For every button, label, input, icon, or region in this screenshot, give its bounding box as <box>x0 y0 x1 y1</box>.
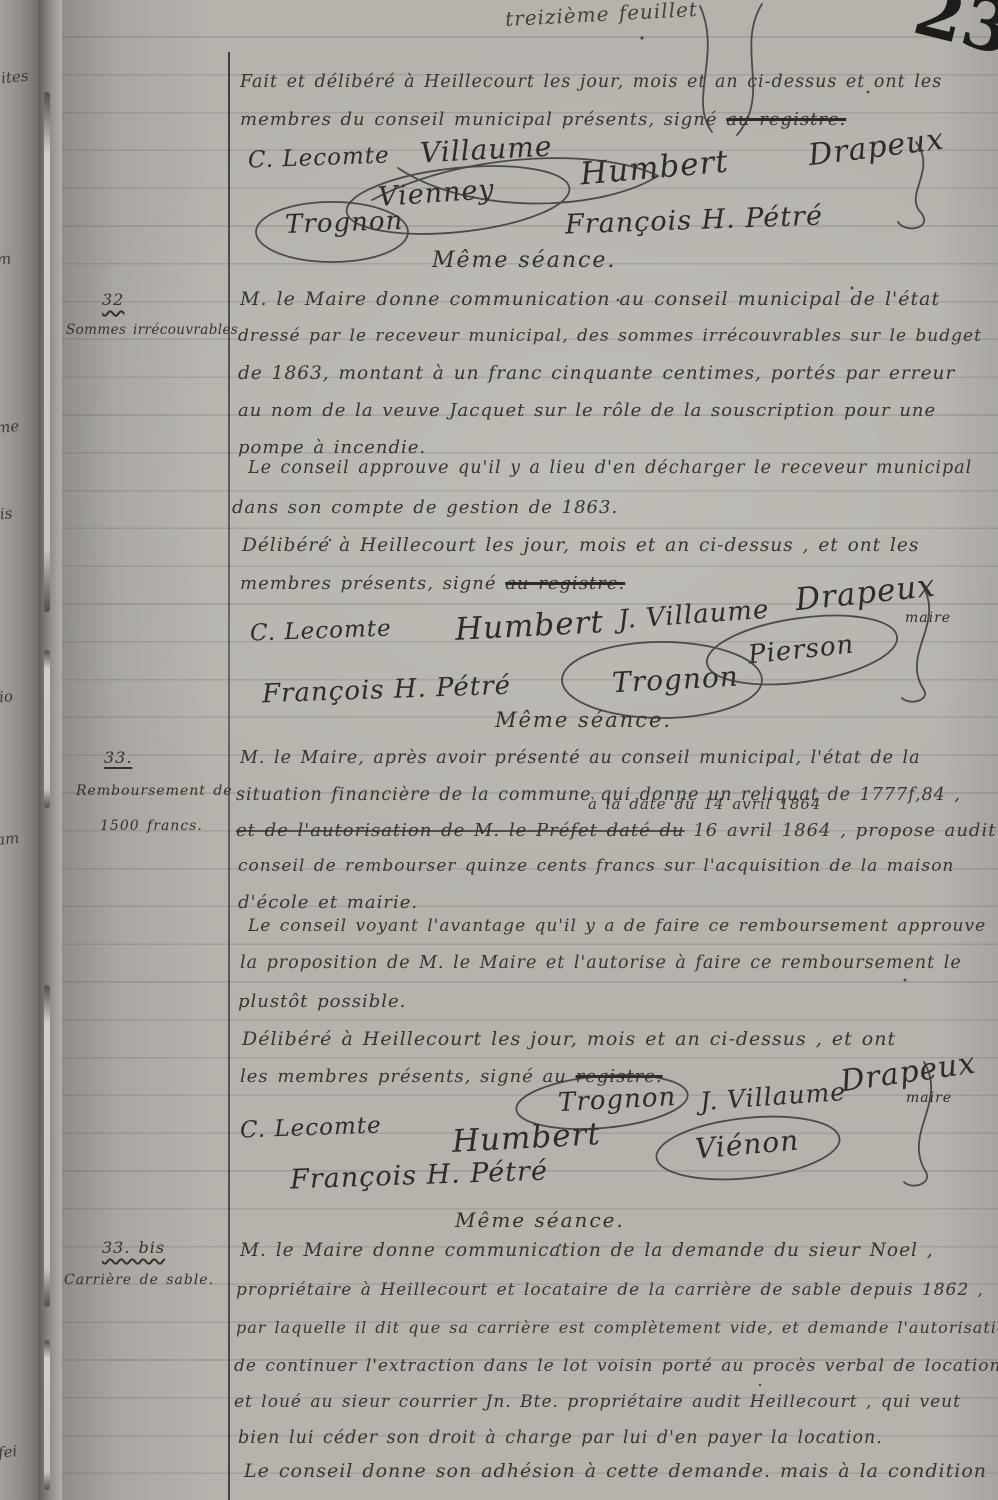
text-line: membres présents, signé au registre. <box>240 573 625 594</box>
text-line: dressé par le receveur municipal, des so… <box>238 326 982 346</box>
text-line: et de l'autorisation de M. le Préfet dat… <box>236 820 996 841</box>
margin-subject-label: Remboursement de <box>76 783 233 799</box>
text-line: pompe à incendie. <box>238 437 426 458</box>
text-run: daté du <box>607 820 685 841</box>
text-line: M. le Maire donne communication de la de… <box>240 1240 934 1261</box>
struck-text: au registre. <box>726 109 846 130</box>
text-line: dans son compte de gestion de 1863. <box>232 497 618 518</box>
margin-item-number: 33. <box>104 748 132 767</box>
signature-trognon: Trognon <box>285 206 404 240</box>
text-line: de continuer l'extraction dans le lot vo… <box>234 1356 998 1376</box>
struck-text: au registre. <box>505 573 625 594</box>
same-session-heading: Même séance. <box>495 708 672 732</box>
signature-lecomte: C. Lecomte <box>248 143 391 174</box>
text-line: Délibéré à Heillecourt les jour, mois et… <box>242 535 919 556</box>
text-line: d'école et mairie. <box>238 892 418 913</box>
text-run: 16 avril 1864 , propose audit <box>685 820 997 841</box>
signature-trognon: Trognon <box>557 1082 677 1118</box>
text-line: de 1863, montant à un franc cinquante ce… <box>238 363 955 384</box>
stitch-thread <box>44 1340 50 1490</box>
page-edge-text-fragment: m <box>0 249 12 268</box>
page-edge-text-fragment: tio <box>0 687 14 707</box>
text-line: et loué au sieur courrier Jn. Bte. propr… <box>234 1392 961 1412</box>
stitch-thread <box>44 985 50 1307</box>
text-line: conseil de rembourser quinze cents franc… <box>238 856 954 876</box>
text-line: les membres présents, signé au registre. <box>240 1066 663 1087</box>
text-line: Le conseil approuve qu'il y a lieu d'en … <box>248 458 972 478</box>
signature-lecomte: C. Lecomte <box>250 616 393 647</box>
text-line: la proposition de M. le Maire et l'autor… <box>240 953 962 973</box>
signature-villaume: Villaume <box>419 130 553 170</box>
signature-title-maire: maire <box>906 1090 952 1106</box>
text-line: propriétaire à Heillecourt et locataire … <box>236 1280 984 1300</box>
text-line: Délibéré à Heillecourt les jour, mois et… <box>242 1028 896 1050</box>
margin-subject-label: Sommes irrécouvrables <box>66 322 238 338</box>
page-edge-text-fragment: am <box>0 829 20 849</box>
interline-insertion: à la date du 14 avril 1864 <box>588 795 821 813</box>
page-edge-text-fragment: me <box>0 417 20 437</box>
stitch-thread <box>44 650 50 808</box>
signature-title-maire: maire <box>905 610 951 626</box>
text-line: M. le Maire, après avoir présenté au con… <box>240 748 921 768</box>
margin-subject-label: Carrière de sable. <box>64 1272 214 1288</box>
text-line: par laquelle il dit que sa carrière est … <box>236 1318 998 1337</box>
binding-gutter <box>38 0 64 1500</box>
text-line: au nom de la veuve Jacquet sur le rôle d… <box>238 400 936 421</box>
signature-lecomte: C. Lecomte <box>240 1113 383 1144</box>
page-edge-text-fragment: lis <box>0 504 13 524</box>
signature-trognon: Trognon <box>611 660 739 700</box>
same-session-heading: Même séance. <box>455 1208 625 1232</box>
text-line: plustôt possible. <box>238 991 406 1012</box>
margin-subject-label: 1500 francs. <box>100 818 203 834</box>
text-line: Le conseil voyant l'avantage qu'il y a d… <box>248 916 986 936</box>
scanned-register-page: ites m me lis tio am fei treizième feuil… <box>0 0 998 1500</box>
previous-page-edge: ites m me lis tio am fei <box>0 0 38 1500</box>
page-edge-text-fragment: fei <box>0 1442 18 1462</box>
same-session-heading: Même séance. <box>432 248 616 273</box>
struck-text: et de l'autorisation de M. le Préfet dat… <box>236 820 685 841</box>
text-line: membres du conseil municipal présents, s… <box>240 109 846 130</box>
text-line: M. le Maire donne communication au conse… <box>240 288 940 310</box>
margin-item-number: 32 <box>102 290 124 309</box>
text-run: membres présents, signé <box>240 573 505 594</box>
text-run: et de l'autorisation de M. le Préfet <box>236 820 607 841</box>
margin-rule <box>228 52 230 1500</box>
text-line: bien lui céder son droit à charge par lu… <box>238 1428 883 1448</box>
stitch-thread <box>44 92 50 612</box>
text-run: les membres présents, signé au <box>240 1066 576 1087</box>
text-line: Le conseil donne son adhésion à cette de… <box>244 1460 987 1482</box>
page-edge-text-fragment: ites <box>0 67 29 88</box>
text-run: membres du conseil municipal présents, s… <box>240 109 726 130</box>
text-line: Fait et délibéré à Heillecourt les jour,… <box>240 72 942 92</box>
margin-item-number: 33. bis <box>102 1238 165 1257</box>
